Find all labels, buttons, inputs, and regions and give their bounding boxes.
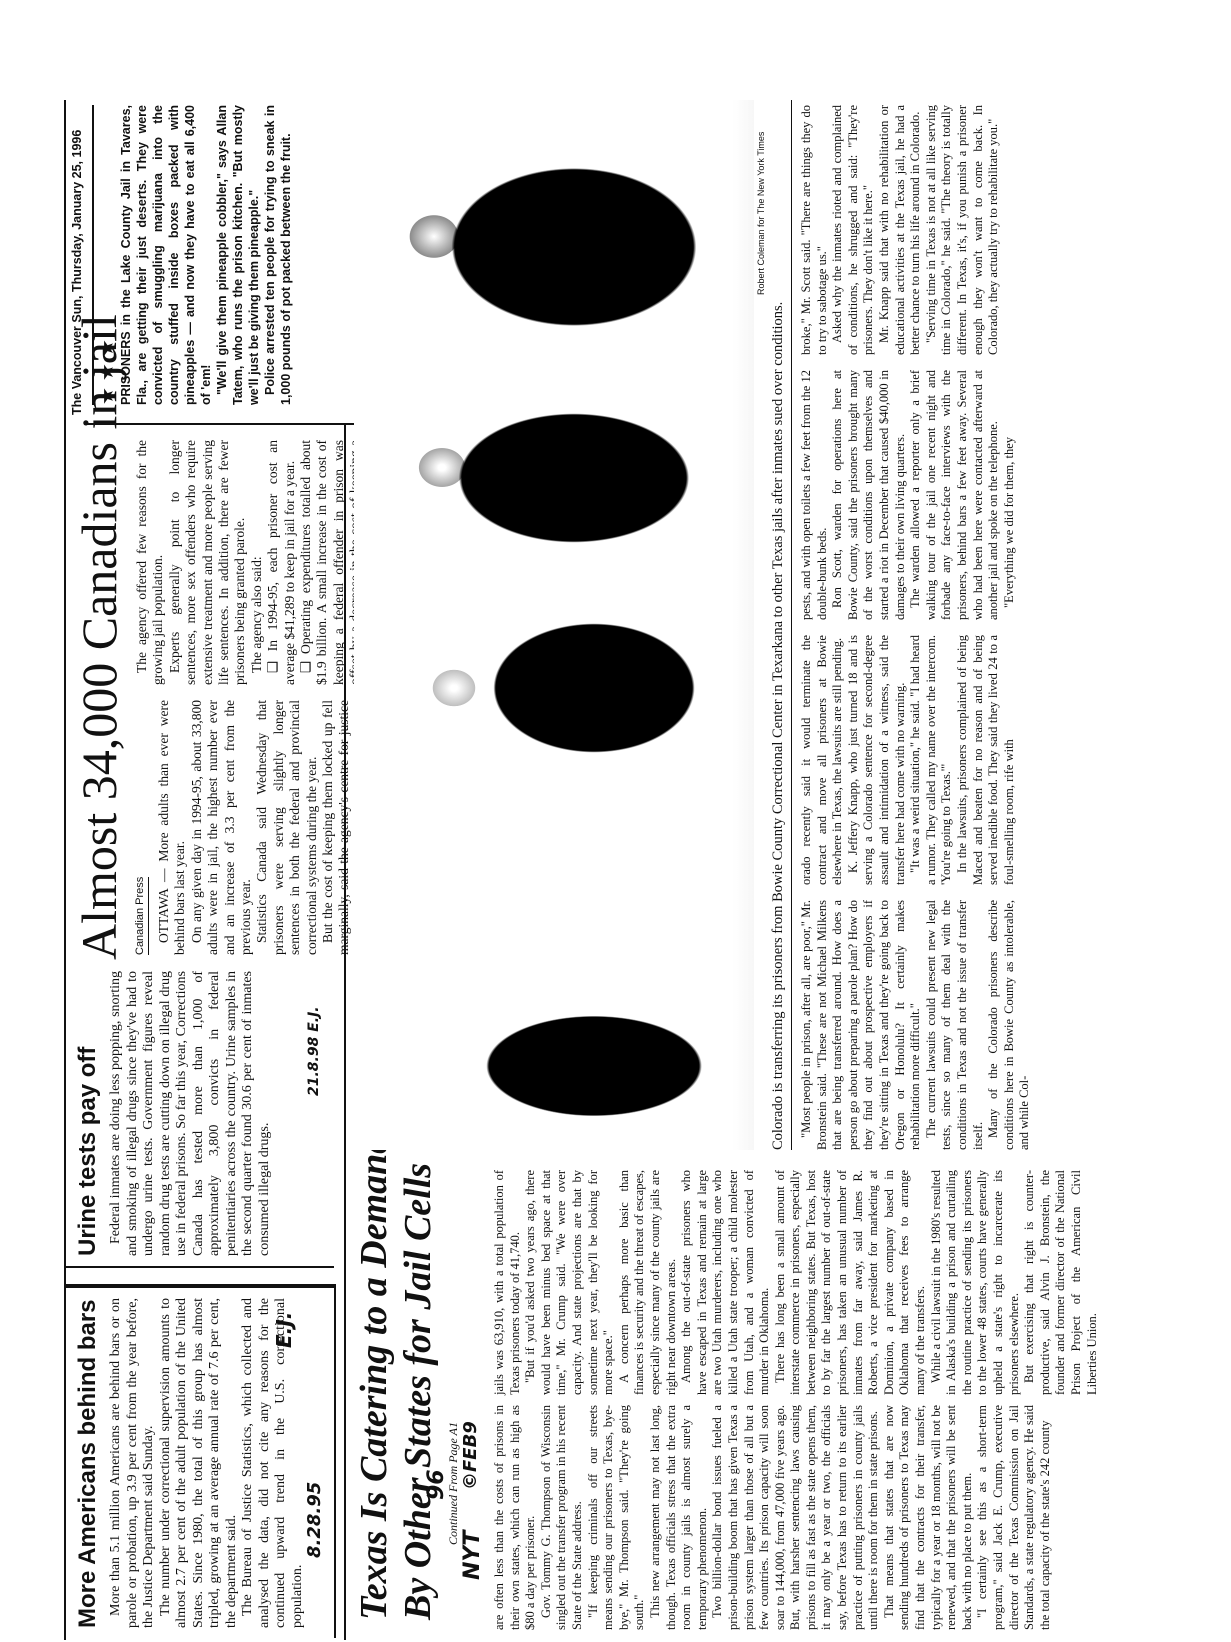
texas-paragraph: "I certainly see this as a short-term pr…: [975, 1405, 1053, 1630]
americans-headline: More Americans behind bars: [74, 1299, 102, 1628]
texas-paragraph: A concern perhaps more basic than financ…: [617, 1170, 679, 1395]
texas-paragraph: That means that states that are now send…: [882, 1405, 976, 1630]
handwritten-initials-americans: E.J.: [272, 1312, 296, 1348]
urine-article: Urine tests pay off Federal inmates are …: [66, 966, 334, 1268]
handwritten-nyt: NYT: [460, 1531, 485, 1580]
canadians-col1: OTTAWA — More adults than ever were behi…: [156, 700, 369, 955]
texas-paragraph: Among the out-of-state prisoners who hav…: [679, 1170, 773, 1395]
texas-paragraph: orado recently said it would terminate t…: [799, 635, 846, 885]
americans-paragraph: The number under correctional supervisio…: [158, 1298, 241, 1628]
section-rule: [344, 425, 346, 1640]
newspaper-clipping-page: More Americans behind bars More than 5.1…: [64, 80, 1224, 1640]
photo-credit: Robert Coleman for The New York Times: [756, 132, 766, 295]
texas-paragraph: While a civil lawsuit in the 1980's resu…: [929, 1170, 1023, 1395]
texas-paragraph: pests, and with open toilets a few feet …: [799, 370, 830, 620]
texas-col1: are often less than the costs of prisons…: [492, 1405, 1053, 1630]
canadians-paragraph: On any given day in 1994-95, about 33,80…: [189, 700, 255, 955]
masthead: The Vancouver Sun, Thursday, January 25,…: [70, 115, 84, 415]
canadians-paragraph: ❑ In 1994-95, each prisoner cost an aver…: [265, 440, 298, 685]
texas-paragraph: The warden allowed a reporter only a bri…: [908, 370, 1002, 620]
americans-paragraph: More than 5.1 million Americans are behi…: [108, 1298, 158, 1628]
texas-col5: pests, and with open toilets a few feet …: [799, 370, 1017, 620]
texas-paragraph: K. Jeffery Knapp, who just turned 18 and…: [846, 635, 908, 885]
urine-paragraph: Federal inmates are doing less popping, …: [108, 971, 273, 1256]
texas-headline-line2: By Other States for Jail Cells: [396, 1135, 440, 1620]
photo-caption: Colorado is transferring its prisoners f…: [770, 100, 792, 1150]
canadians-paragraph: Statistics Canada said Wednesday that pr…: [254, 700, 320, 955]
pineapple-body: PRISONERS in the Lake County Jail in Tav…: [118, 105, 294, 405]
americans-box: More Americans behind bars More than 5.1…: [66, 1284, 336, 1638]
texas-paragraph: But exercising that right is counter-pro…: [1022, 1170, 1100, 1395]
stars-icon: ★★★: [94, 105, 118, 405]
texas-paragraph: "But if you'd asked two years ago, there…: [523, 1170, 617, 1395]
pineapple-paragraph: PRISONERS in the Lake County Jail in Tav…: [118, 105, 214, 405]
handwritten-date-americans: 8.28.95: [304, 1482, 325, 1558]
pineapple-brief: ★★★ PRISONERS in the Lake County Jail in…: [92, 105, 294, 405]
texas-paragraph: "Most people in prison, after all, are p…: [799, 900, 924, 1150]
urine-headline: Urine tests pay off: [74, 1047, 102, 1256]
urine-body: Federal inmates are doing less popping, …: [108, 971, 273, 1256]
handwritten-feb: ©FEB9: [460, 1421, 481, 1490]
texas-paragraph: broke," Mr. Scott said. "There are thing…: [799, 105, 830, 355]
masthead-rule: [84, 423, 384, 425]
texas-paragraph: There has long been a small amount of in…: [773, 1170, 929, 1395]
texas-headline: Texas Is Catering to a Demand By Other S…: [352, 1135, 440, 1620]
texas-col2: jails was 63,910, with a total populatio…: [492, 1170, 1100, 1395]
texas-col4: orado recently said it would terminate t…: [799, 635, 1017, 885]
handwritten-year: 96: [424, 1469, 449, 1500]
canadians-paragraph: Experts generally point to longer senten…: [167, 440, 249, 685]
pineapple-paragraph: "We'll give them pineapple cobbler," say…: [214, 105, 262, 405]
texas-paragraph: Mr. Knapp said that with no rehabilitati…: [877, 105, 924, 355]
texas-paragraph: In the lawsuits, prisoners complained of…: [955, 635, 1017, 885]
texas-paragraph: "Everything we did for them, they: [1002, 370, 1018, 620]
masthead-paper: The Vancouver Sun, Thursday, January 25,…: [70, 115, 84, 415]
texas-paragraph: Gov. Tommy G. Thompson of Wisconsin sing…: [539, 1405, 586, 1630]
pineapple-paragraph: Police arrested ten people for trying to…: [262, 105, 294, 405]
canadians-paragraph: The agency also said:: [249, 440, 265, 685]
texas-col3: "Most people in prison, after all, are p…: [799, 900, 1033, 1150]
canadians-paragraph: OTTAWA — More adults than ever were behi…: [156, 700, 189, 955]
texas-paragraph: Two billion-dollar bond issues fueled a …: [710, 1405, 882, 1630]
texas-paragraph: Asked why the inmates rioted and complai…: [830, 105, 877, 355]
texas-paragraph: jails was 63,910, with a total populatio…: [492, 1170, 523, 1395]
canadians-byline: Canadian Press: [134, 877, 149, 955]
texas-headline-line1: Texas Is Catering to a Demand: [352, 1135, 396, 1620]
inmates-photo: [354, 100, 754, 1150]
texas-paragraph: "It was a weird situation," he said. "I …: [908, 635, 955, 885]
handwritten-initials-urine: 21.8.98 E.J.: [306, 1006, 322, 1096]
texas-col6: broke," Mr. Scott said. "There are thing…: [799, 105, 1002, 355]
texas-paragraph: are often less than the costs of prisons…: [492, 1405, 539, 1630]
texas-paragraph: The current lawsuits could present new l…: [924, 900, 986, 1150]
texas-paragraph: This new arrangement may not last long, …: [648, 1405, 710, 1630]
texas-paragraph: "Serving time in Texas is not at all lik…: [924, 105, 1002, 355]
canadians-paragraph: The agency offered few reasons for the g…: [134, 440, 167, 685]
texas-paragraph: "If keeping criminals off our streets me…: [586, 1405, 648, 1630]
texas-paragraph: Ron Scott, warden for operations here at…: [830, 370, 908, 620]
texas-paragraph: Many of the Colorado prisoners describe …: [986, 900, 1033, 1150]
